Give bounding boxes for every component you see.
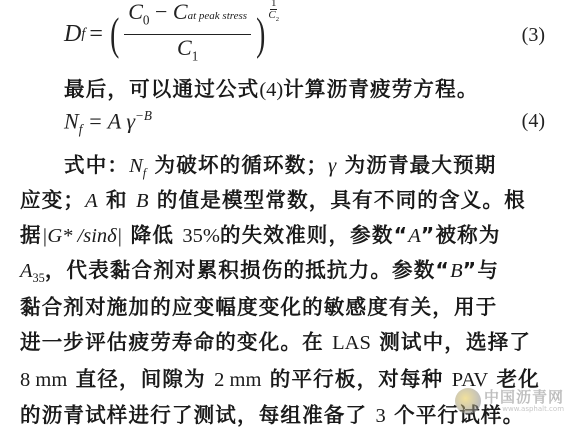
text: 直径，间隙为 — [67, 367, 214, 391]
equation-number-4: (4) — [522, 110, 545, 133]
text: 进一步评估疲劳寿命的变化。在 — [20, 330, 332, 354]
eq3-c1: C — [177, 35, 192, 60]
text: 黏合剂对施加的应变幅度变化的敏感度有关，用于 — [20, 295, 497, 319]
eq3-lhs-sub: f — [81, 26, 85, 43]
eq3-cpeak-sub: at peak stress — [188, 10, 247, 22]
eq3-denominator: C1 — [177, 35, 198, 69]
paragraph-line-4: A35，代表黏合剂对累积损伤的抵抗力。参数“B”与 — [20, 253, 499, 286]
paragraph-line-6: 进一步评估疲劳寿命的变化。在 LAS 测试中，选择了 — [20, 325, 531, 355]
math-b: B — [450, 260, 463, 282]
equation-number-3: (3) — [522, 24, 545, 47]
eq3-exp-den: C — [268, 9, 275, 21]
eq3-cpeak: C — [173, 0, 188, 24]
math-a35: A — [20, 260, 33, 282]
text: 测试中，选择了 — [371, 330, 531, 354]
eq3-exponent: 1 C2 — [268, 0, 279, 26]
left-paren: ( — [110, 11, 119, 57]
paragraph-line-1: 式中：Nf 为破坏的循环数；γ 为沥青最大预期 — [64, 148, 496, 181]
math-g-sin-delta: |G* /sinδ| — [42, 225, 123, 247]
eq3-c1-sub: 1 — [192, 48, 199, 63]
gap-value: 2 mm — [214, 369, 261, 391]
watermark-name: 中国沥青网 — [484, 389, 564, 405]
eq4-lhs-sub: f — [79, 122, 83, 137]
equation-3: Df = ( C0 − Cat peak stress C1 ) 1 C2 (3… — [0, 2, 567, 66]
text: ”被称为 — [421, 223, 501, 247]
eq4-rhs: = A γ — [88, 108, 135, 133]
text: 的失效准则，参数“ — [220, 223, 408, 247]
text: 为沥青最大预期 — [336, 153, 496, 177]
intro-ref: (4) — [259, 79, 283, 101]
percent-value: 35% — [182, 225, 220, 247]
text: 和 — [98, 188, 136, 212]
math-nf: N — [129, 155, 143, 177]
watermark-url: www.asphalt.com — [484, 405, 564, 413]
text: 降低 — [122, 223, 182, 247]
paragraph-line-5: 黏合剂对施加的应变幅度变化的敏感度有关，用于 — [20, 290, 497, 320]
watermark-logo-icon — [455, 388, 481, 414]
paragraph-line-2: 应变；A 和 B 的值是模型常数，具有不同的含义。根 — [20, 183, 526, 213]
diameter-value: 8 mm — [20, 369, 67, 391]
las-term: LAS — [332, 332, 371, 354]
eq3-c0: C — [128, 0, 143, 24]
text: 的值是模型常数，具有不同的含义。根 — [149, 188, 526, 212]
text: 式中： — [64, 153, 129, 177]
sample-count: 3 — [376, 405, 386, 427]
eq3-numerator: C0 − Cat peak stress — [124, 0, 251, 35]
intro-text-a: 最后，可以通过公式 — [64, 77, 259, 101]
intro-text-b: 计算沥青疲劳方程。 — [283, 77, 478, 101]
text: 据 — [20, 223, 42, 247]
eq3-equals: = — [89, 21, 103, 48]
equation-4-formula: Nf = A γ−B — [64, 108, 152, 138]
math-b: B — [136, 190, 149, 212]
text: ，代表黏合剂对累积损伤的抵抗力。参数“ — [45, 258, 450, 282]
eq3-exp-den-sub: 2 — [276, 17, 279, 24]
paragraph-line-8: 的沥青试样进行了测试，每组准备了 3 个平行试样。 — [20, 398, 524, 428]
text: 应变； — [20, 188, 85, 212]
eq3-fraction: C0 − Cat peak stress C1 — [124, 0, 251, 69]
text: 的平行板，对每种 — [261, 367, 451, 391]
eq3-minus: − — [155, 0, 167, 24]
text: ”与 — [463, 258, 499, 282]
eq3-c0-sub: 0 — [143, 12, 150, 27]
eq4-exp: −B — [135, 108, 152, 123]
math-a: A — [85, 190, 98, 212]
equation-3-formula: Df = ( C0 − Cat peak stress C1 ) 1 C2 — [64, 2, 279, 66]
intro-line: 最后，可以通过公式(4)计算沥青疲劳方程。 — [64, 72, 479, 102]
equation-4: Nf = A γ−B (4) — [0, 108, 567, 138]
watermark: 中国沥青网 www.asphalt.com — [455, 388, 564, 414]
math-a35-sub: 35 — [33, 271, 45, 285]
eq4-lhs: N — [64, 108, 79, 133]
math-a: A — [408, 225, 421, 247]
text: 的沥青试样进行了测试，每组准备了 — [20, 403, 376, 427]
text: 为破坏的循环数； — [146, 153, 328, 177]
paragraph-line-3: 据|G* /sinδ| 降低 35%的失效准则，参数“A”被称为 — [20, 218, 501, 248]
eq3-lhs: D — [64, 21, 81, 48]
right-paren: ) — [256, 11, 265, 57]
